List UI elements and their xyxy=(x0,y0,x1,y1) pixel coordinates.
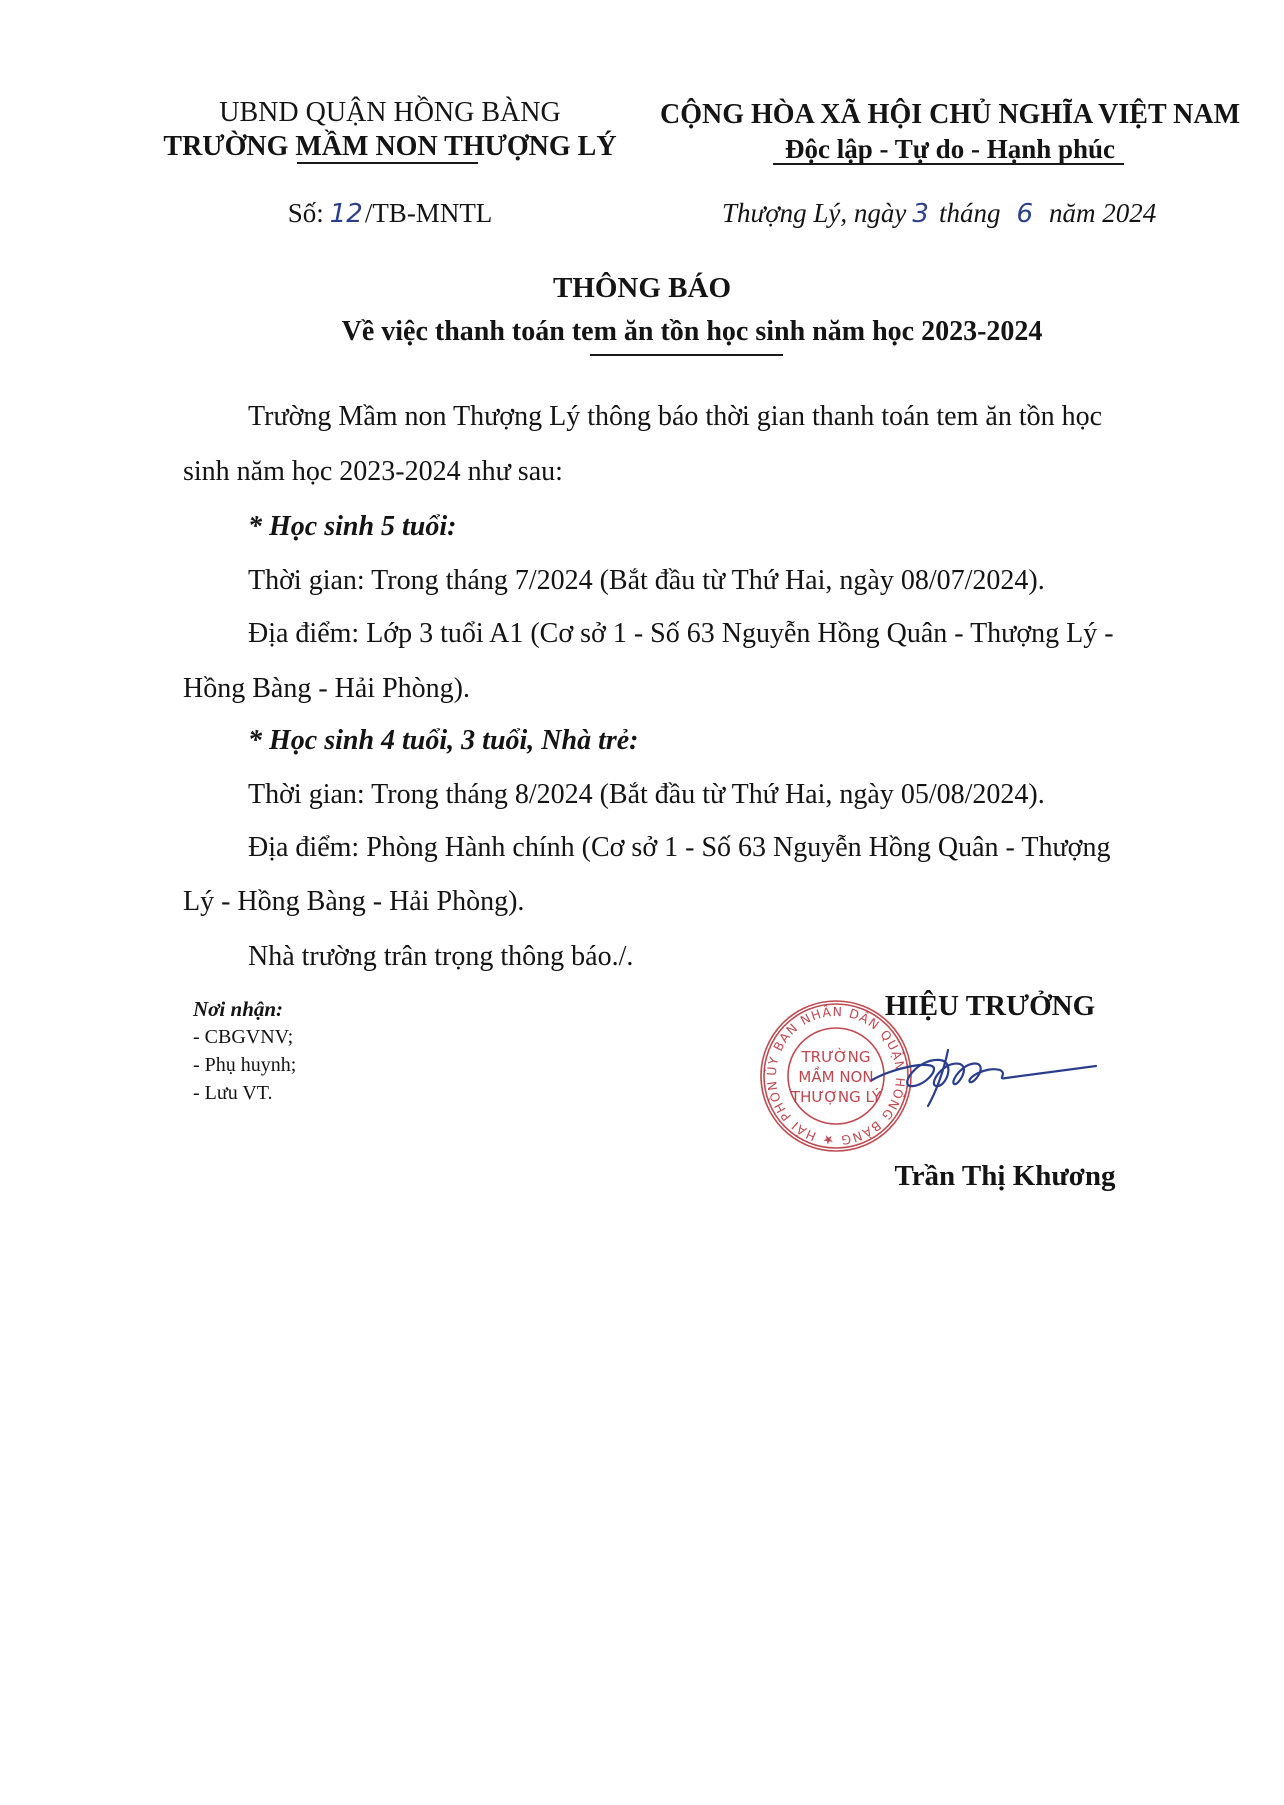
date-year: năm 2024 xyxy=(1049,198,1156,228)
date-day-handwritten: 3 xyxy=(912,199,929,229)
signer-title: HIỆU TRƯỞNG xyxy=(780,990,1160,1023)
stamp-inner-line: TRƯỜNG xyxy=(801,1047,871,1066)
closing-line: Nhà trường trân trọng thông báo./. xyxy=(248,940,633,974)
doc-number-handwritten: 12 xyxy=(330,199,363,229)
date-place-prefix: Thượng Lý, ngày xyxy=(722,198,906,228)
signer-name: Trần Thị Khương xyxy=(780,1160,1160,1193)
recipient-item: - CBGVNV; xyxy=(193,1023,296,1051)
section-place-younger-line2: Lý - Hồng Bàng - Hải Phòng). xyxy=(183,885,524,919)
document-number: Số:12/TB-MNTL xyxy=(140,198,640,229)
document-date: Thượng Lý, ngày3tháng6năm 2024 xyxy=(722,198,1156,229)
school-name-underline xyxy=(297,162,478,164)
recipients-block: Nơi nhận: - CBGVNV; - Phụ huynh; - Lưu V… xyxy=(193,995,296,1107)
recipient-item: - Phụ huynh; xyxy=(193,1051,296,1079)
section-place-younger-line1: Địa điểm: Phòng Hành chính (Cơ sở 1 - Số… xyxy=(248,831,1110,865)
stamp-inner-line: THƯỢNG LÝ xyxy=(790,1087,882,1106)
stamp-inner-line: MẦM NON xyxy=(798,1065,873,1086)
national-motto: Độc lập - Tự do - Hạnh phúc xyxy=(640,132,1260,166)
intro-line-2: sinh năm học 2023-2024 như sau: xyxy=(183,455,563,489)
doc-number-prefix: Số: xyxy=(288,198,324,228)
subject-underline xyxy=(590,354,783,356)
section-place-5yo-line2: Hồng Bàng - Hải Phòng). xyxy=(183,672,470,706)
nation-name: CỘNG HÒA XÃ HỘI CHỦ NGHĨA VIỆT NAM xyxy=(640,98,1260,132)
motto-underline xyxy=(773,163,1124,165)
section-heading-5yo: * Học sinh 5 tuổi: xyxy=(248,510,456,544)
handwritten-signature xyxy=(870,1040,1100,1110)
intro-line-1: Trường Mầm non Thượng Lý thông báo thời … xyxy=(248,400,1102,434)
school-name: TRƯỜNG MẦM NON THƯỢNG LÝ xyxy=(140,130,640,164)
date-month-label: tháng xyxy=(939,198,1001,228)
date-month-handwritten: 6 xyxy=(1016,199,1033,229)
doc-number-suffix: /TB-MNTL xyxy=(365,198,493,228)
recipients-heading: Nơi nhận: xyxy=(193,995,296,1023)
authority-name: UBND QUẬN HỒNG BÀNG xyxy=(140,96,640,130)
issuing-authority-block: UBND QUẬN HỒNG BÀNG TRƯỜNG MẦM NON THƯỢN… xyxy=(140,96,640,164)
section-time-5yo: Thời gian: Trong tháng 7/2024 (Bắt đầu t… xyxy=(248,564,1045,598)
document-subject: Về việc thanh toán tem ăn tồn học sinh n… xyxy=(0,316,1284,348)
recipient-item: - Lưu VT. xyxy=(193,1079,296,1107)
section-time-younger: Thời gian: Trong tháng 8/2024 (Bắt đầu t… xyxy=(248,778,1045,812)
section-heading-younger: * Học sinh 4 tuổi, 3 tuổi, Nhà trẻ: xyxy=(248,724,639,758)
section-place-5yo-line1: Địa điểm: Lớp 3 tuổi A1 (Cơ sở 1 - Số 63… xyxy=(248,617,1114,651)
national-heading-block: CỘNG HÒA XÃ HỘI CHỦ NGHĨA VIỆT NAM Độc l… xyxy=(640,98,1260,166)
document-title: THÔNG BÁO xyxy=(0,272,1284,305)
